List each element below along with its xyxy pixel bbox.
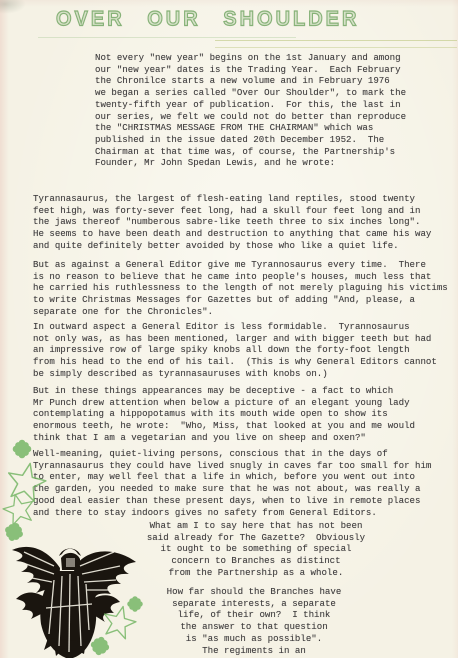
intro-paragraph: Not every "new year" begins on the 1st J… — [95, 52, 406, 169]
body-paragraph: Well-meaning, quiet-living persons, cons… — [33, 448, 431, 518]
angel-woodcut-icon — [0, 538, 146, 658]
scanned-newsletter-page: OVER OUR SHOULDER Not every "new year" b… — [0, 0, 458, 658]
body-paragraph: Tyrannasaurus, the largest of flesh-eati… — [33, 193, 431, 252]
page-title: OVER OUR SHOULDER — [56, 7, 359, 32]
stepped-paragraph: What am I to say here that has not been … — [100, 520, 412, 579]
body-paragraph: But in these things appearances may be d… — [33, 385, 415, 444]
body-paragraph: But as against a General Editor give me … — [33, 259, 448, 318]
star-icon — [0, 491, 37, 526]
body-paragraph: In outward aspect a General Editor is le… — [33, 321, 437, 380]
sparkle-icon — [16, 443, 28, 455]
title-underline-double — [215, 40, 457, 48]
scan-smudge — [0, 0, 26, 14]
title-underline-faint — [38, 37, 296, 38]
